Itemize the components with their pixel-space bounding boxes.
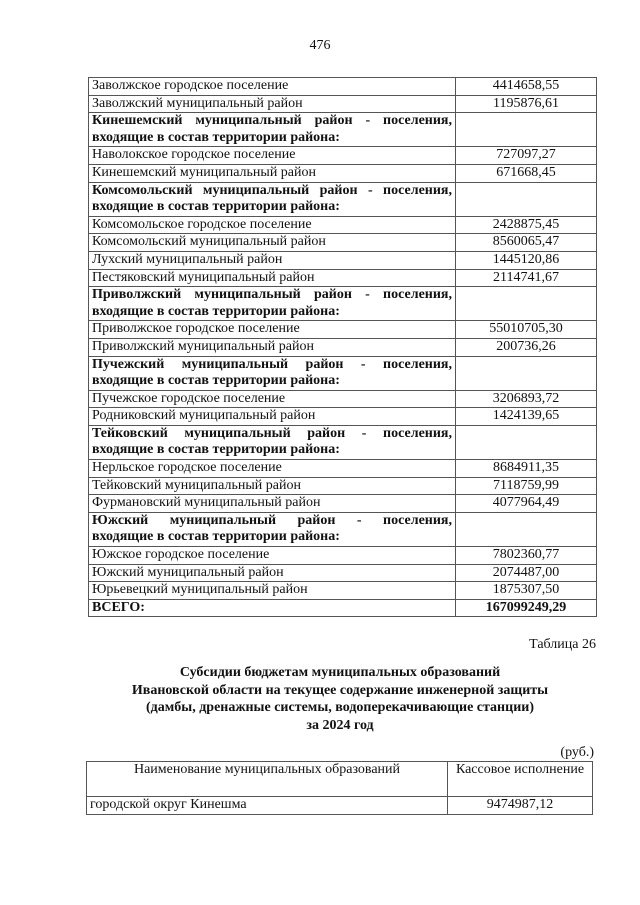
group-line: входящие в состав территории района: (92, 529, 452, 546)
table-row: Комсомольский муниципальный район8560065… (89, 234, 597, 252)
row-value: 7802360,77 (456, 547, 597, 565)
currency-unit: (руб.) (560, 745, 594, 761)
row-value: 2114741,67 (456, 269, 597, 287)
row-value: 7118759,99 (456, 477, 597, 495)
row-value: 55010705,30 (456, 321, 597, 339)
row-name: ВСЕГО: (89, 599, 456, 617)
row-value: 1424139,65 (456, 408, 597, 426)
title-line: Ивановской области на текущее содержание… (80, 682, 600, 700)
row-value (456, 425, 597, 459)
group-header-row: Тейковский муниципальный район - поселен… (89, 425, 597, 459)
group-line: входящие в состав территории района: (92, 199, 452, 216)
row-value: 4077964,49 (456, 495, 597, 513)
row-value: 9474987,12 (448, 797, 593, 815)
table-row: Лухский муниципальный район1445120,86 (89, 251, 597, 269)
title-line: (дамбы, дренажные системы, водоперекачив… (80, 699, 600, 717)
row-name: Пестяковский муниципальный район (89, 269, 456, 287)
row-name: Приволжское городское поселение (89, 321, 456, 339)
table-label: Таблица 26 (529, 637, 596, 653)
table-title: Субсидии бюджетам муниципальных образова… (80, 664, 600, 734)
row-name: Фурмановский муниципальный район (89, 495, 456, 513)
group-line: входящие в состав территории района: (92, 373, 452, 390)
row-value (456, 113, 597, 147)
table-row: Родниковский муниципальный район1424139,… (89, 408, 597, 426)
row-name: Лухский муниципальный район (89, 251, 456, 269)
row-name: Заволжский муниципальный район (89, 95, 456, 113)
row-name: Южское городское поселение (89, 547, 456, 565)
total-row: ВСЕГО:167099249,29 (89, 599, 597, 617)
row-name: Приволжский муниципальный район - поселе… (89, 287, 456, 321)
group-line: входящие в состав территории района: (92, 130, 452, 147)
row-name: Заволжское городское поселение (89, 78, 456, 96)
row-name: Нерльское городское поселение (89, 460, 456, 478)
row-value: 200736,26 (456, 338, 597, 356)
table-row: Пестяковский муниципальный район2114741,… (89, 269, 597, 287)
row-name: Южский муниципальный район - поселения,в… (89, 512, 456, 546)
table-row: Южское городское поселение7802360,77 (89, 547, 597, 565)
row-name: Южский муниципальный район (89, 564, 456, 582)
row-value: 671668,45 (456, 164, 597, 182)
row-value: 2428875,45 (456, 216, 597, 234)
row-value: 2074487,00 (456, 564, 597, 582)
header-name: Наименование муниципальных образований (87, 762, 448, 797)
table-row: Фурмановский муниципальный район4077964,… (89, 495, 597, 513)
row-value (456, 356, 597, 390)
table-row: Южский муниципальный район2074487,00 (89, 564, 597, 582)
row-value (456, 182, 597, 216)
group-header-row: Комсомольский муниципальный район - посе… (89, 182, 597, 216)
row-name: Пучежский муниципальный район - поселени… (89, 356, 456, 390)
row-name: Комсомольское городское поселение (89, 216, 456, 234)
row-value: 4414658,55 (456, 78, 597, 96)
title-line: Субсидии бюджетам муниципальных образова… (80, 664, 600, 682)
group-line: Комсомольский муниципальный район - посе… (92, 183, 452, 198)
row-value: 8560065,47 (456, 234, 597, 252)
group-line: входящие в состав территории района: (92, 304, 452, 321)
row-name: Комсомольский муниципальный район (89, 234, 456, 252)
row-name: Родниковский муниципальный район (89, 408, 456, 426)
table-row: Кинешемский муниципальный район671668,45 (89, 164, 597, 182)
table-row: городской округ Кинешма 9474987,12 (87, 797, 593, 815)
table-row: Заволжский муниципальный район1195876,61 (89, 95, 597, 113)
page-number: 476 (0, 38, 640, 54)
group-header-row: Приволжский муниципальный район - поселе… (89, 287, 597, 321)
row-value: 1875307,50 (456, 582, 597, 600)
table-row: Тейковский муниципальный район7118759,99 (89, 477, 597, 495)
table-row: Пучежское городское поселение3206893,72 (89, 390, 597, 408)
table-row: Комсомольское городское поселение2428875… (89, 216, 597, 234)
row-name: Юрьевецкий муниципальный район (89, 582, 456, 600)
table-row: Приволжское городское поселение55010705,… (89, 321, 597, 339)
row-name: Кинешемский муниципальный район (89, 164, 456, 182)
group-header-row: Южский муниципальный район - поселения,в… (89, 512, 597, 546)
group-line: входящие в состав территории района: (92, 442, 452, 459)
row-value: 3206893,72 (456, 390, 597, 408)
row-name: Комсомольский муниципальный район - посе… (89, 182, 456, 216)
row-name: Пучежское городское поселение (89, 390, 456, 408)
table-row: Наволокское городское поселение727097,27 (89, 147, 597, 165)
row-value: 1445120,86 (456, 251, 597, 269)
table-row: Юрьевецкий муниципальный район1875307,50 (89, 582, 597, 600)
row-value: 8684911,35 (456, 460, 597, 478)
row-value (456, 287, 597, 321)
group-header-row: Пучежский муниципальный район - поселени… (89, 356, 597, 390)
header-value: Кассовое исполнение (448, 762, 593, 797)
group-line: Кинешемский муниципальный район - поселе… (92, 113, 452, 128)
group-line: Приволжский муниципальный район - поселе… (92, 287, 452, 302)
table-row: Нерльское городское поселение8684911,35 (89, 460, 597, 478)
group-header-row: Кинешемский муниципальный район - поселе… (89, 113, 597, 147)
row-name: Приволжский муниципальный район (89, 338, 456, 356)
row-name: Тейковский муниципальный район - поселен… (89, 425, 456, 459)
row-name: Кинешемский муниципальный район - поселе… (89, 113, 456, 147)
group-line: Южский муниципальный район - поселения, (92, 513, 452, 528)
table-26: Наименование муниципальных образований К… (86, 761, 593, 815)
subsidy-table-continued: Заволжское городское поселение4414658,55… (88, 77, 597, 617)
row-value: 1195876,61 (456, 95, 597, 113)
row-value (456, 512, 597, 546)
row-name: городской округ Кинешма (87, 797, 448, 815)
row-value: 727097,27 (456, 147, 597, 165)
row-name: Наволокское городское поселение (89, 147, 456, 165)
row-value: 167099249,29 (456, 599, 597, 617)
row-name: Тейковский муниципальный район (89, 477, 456, 495)
table-row: Приволжский муниципальный район200736,26 (89, 338, 597, 356)
table-header-row: Наименование муниципальных образований К… (87, 762, 593, 797)
title-line: за 2024 год (80, 717, 600, 735)
group-line: Тейковский муниципальный район - поселен… (92, 426, 452, 441)
table-row: Заволжское городское поселение4414658,55 (89, 78, 597, 96)
group-line: Пучежский муниципальный район - поселени… (92, 357, 452, 372)
